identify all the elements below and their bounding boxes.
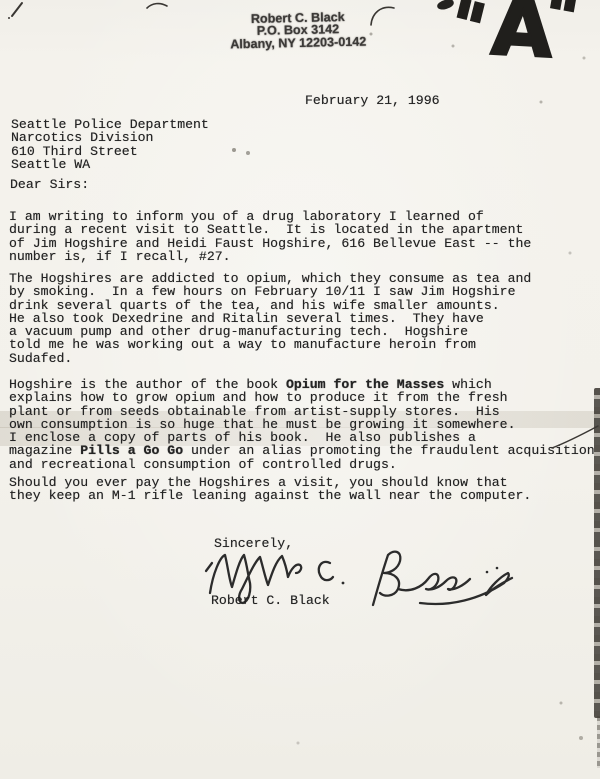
exhibit-mark-a: " A " <box>448 0 598 90</box>
open-quote-mark: " <box>442 0 492 67</box>
top-dash-mark <box>147 4 167 8</box>
scanned-letter-page: Robert C. Black P.O. Box 3142 Albany, NY… <box>0 0 600 779</box>
paper-speckles <box>0 0 2 2</box>
closing: Sincerely, <box>214 537 293 550</box>
scan-edge-artifact <box>594 388 600 718</box>
paragraph-4: Should you ever pay the Hogshires a visi… <box>9 476 531 503</box>
close-quote-mark: " <box>538 0 584 56</box>
salutation: Dear Sirs: <box>10 178 89 191</box>
return-address-stamp: Robert C. Black P.O. Box 3142 Albany, NY… <box>192 10 405 52</box>
corner-pen-mark <box>12 3 22 16</box>
letter-date: February 21, 1996 <box>305 94 440 107</box>
paragraph-1: I am writing to inform you of a drug lab… <box>9 210 531 263</box>
paragraph-3: Hogshire is the author of the book Opium… <box>9 378 595 471</box>
recipient-address: Seattle Police Department Narcotics Divi… <box>11 118 209 171</box>
paragraph-2: The Hogshires are addicted to opium, whi… <box>9 272 531 365</box>
corner-pen-dot <box>8 17 10 19</box>
typed-signature-name: Robert C. Black <box>211 594 330 607</box>
